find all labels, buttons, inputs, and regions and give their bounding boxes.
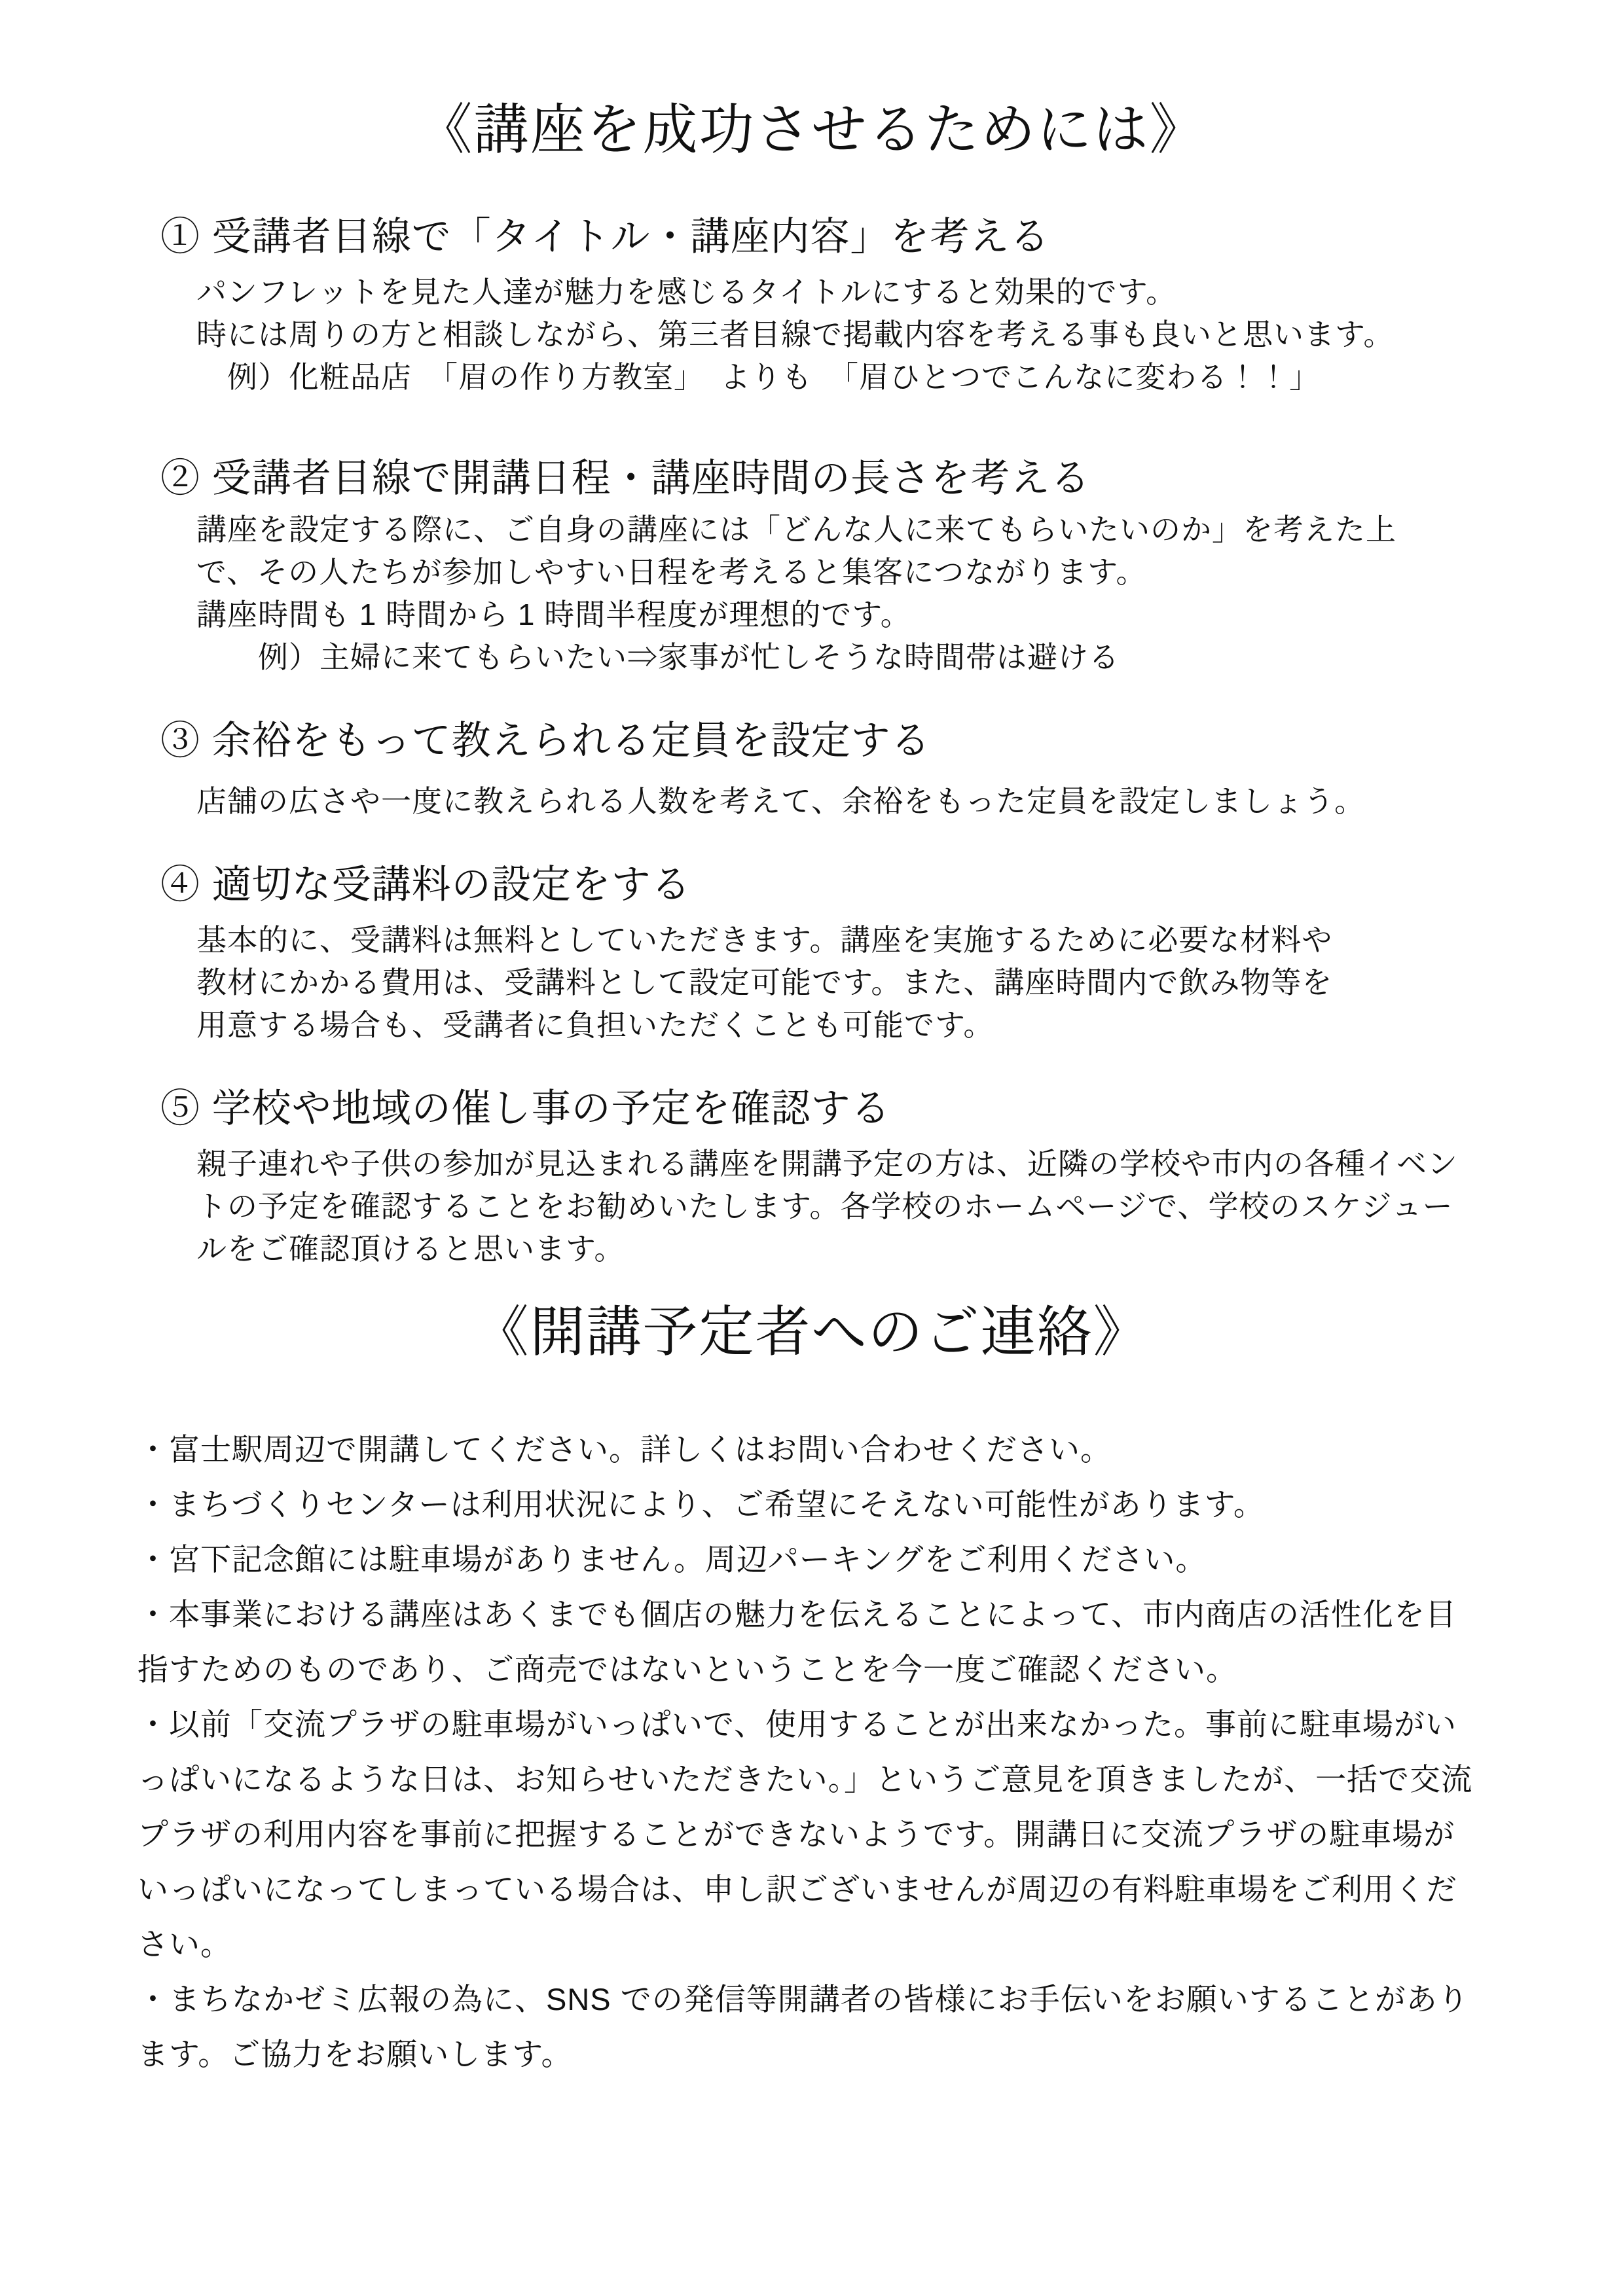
body-line: トの予定を確認することをお勧めいたします。各学校のホームページで、学校のスケジュ… [196,1185,1623,1228]
section-2-body: 講座を設定する際に、ご自身の講座には「どんな人に来てもらいたいのか」を考えた上 … [0,509,1623,679]
notice-line-continuation: ます。ご協力をお願いします。 [137,2027,1544,2082]
notice-line-continuation: プラザの利用内容を事前に把握することができないようです。開講日に交流プラザの駐車… [137,1807,1544,1862]
notice-line: ・本事業における講座はあくまでも個店の魅力を伝えることによって、市内商店の活性化… [137,1587,1544,1642]
body-line: 用意する場合も、受講者に負担いただくことも可能です。 [196,1004,1623,1047]
example-line: 例）化粧品店 「眉の作り方教室」 よりも 「眉ひとつでこんなに変わる！！」 [196,356,1623,399]
section-5-body: 親子連れや子供の参加が見込まれる講座を開講予定の方は、近隣の学校や市内の各種イベ… [0,1143,1623,1270]
body-line: 時には周りの方と相談しながら、第三者目線で掲載内容を考える事も良いと思います。 [196,314,1623,356]
notice-line: ・以前「交流プラザの駐車場がいっぱいで、使用することが出来なかった。事前に駐車場… [137,1697,1544,1752]
section-4-body: 基本的に、受講料は無料としていただきます。講座を実施するために必要な材料や 教材… [0,919,1623,1047]
notice-line: ・宮下記念館には駐車場がありません。周辺パーキングをご利用ください。 [137,1532,1544,1587]
notice-line-continuation: 指すためのものであり、ご商売ではないということを今一度ご確認ください。 [137,1642,1544,1697]
section-5: ⑤ 学校や地域の催し事の予定を確認する 親子連れや子供の参加が見込まれる講座を開… [0,1083,1623,1270]
section-3: ③ 余裕をもって教えられる定員を設定する 店舗の広さや一度に教えられる人数を考え… [0,715,1623,823]
notice-line: ・まちづくりセンターは利用状況により、ご希望にそえない可能性があります。 [137,1477,1544,1532]
notice-list: ・富士駅周辺で開講してください。詳しくはお問い合わせください。 ・まちづくりセン… [0,1422,1623,2082]
body-line: 講座時間も 1 時間から 1 時間半程度が理想的です。 [196,594,1623,636]
section-3-heading: ③ 余裕をもって教えられる定員を設定する [0,715,1623,767]
section-1-body: パンフレットを見た人達が魅力を感じるタイトルにすると効果的です。 時には周りの方… [0,271,1623,399]
section-1-heading: ① 受講者目線で「タイトル・講座内容」を考える [0,211,1623,263]
notice-line: ・富士駅周辺で開講してください。詳しくはお問い合わせください。 [137,1422,1544,1477]
section-3-body: 店舗の広さや一度に教えられる人数を考えて、余裕をもった定員を設定しましょう。 [0,780,1623,823]
page-title: 《講座を成功させるためには》 [0,0,1623,160]
body-line: 基本的に、受講料は無料としていただきます。講座を実施するために必要な材料や [196,919,1623,961]
notice-line-continuation: っぱいになるような日は、お知らせいただきたい。」というご意見を頂きましたが、一括… [137,1752,1544,1807]
body-line: 講座を設定する際に、ご自身の講座には「どんな人に来てもらいたいのか」を考えた上 [196,509,1623,551]
body-line: 教材にかかる費用は、受講料として設定可能です。また、講座時間内で飲み物等を [196,961,1623,1004]
section-2-heading: ② 受講者目線で開講日程・講座時間の長さを考える [0,452,1623,505]
section-1: ① 受講者目線で「タイトル・講座内容」を考える パンフレットを見た人達が魅力を感… [0,211,1623,399]
body-line: で、その人たちが参加しやすい日程を考えると集客につながります。 [196,551,1623,594]
body-line: 店舗の広さや一度に教えられる人数を考えて、余裕をもった定員を設定しましょう。 [196,780,1623,823]
notice-line-continuation: いっぱいになってしまっている場合は、申し訳ございませんが周辺の有料駐車場をご利用… [137,1862,1544,1917]
body-line: ルをご確認頂けると思います。 [196,1228,1623,1270]
notice-line-continuation: さい。 [137,1917,1544,1972]
notice-title: 《開講予定者へのご連絡》 [0,1302,1623,1362]
section-2: ② 受講者目線で開講日程・講座時間の長さを考える 講座を設定する際に、ご自身の講… [0,452,1623,679]
body-line: 親子連れや子供の参加が見込まれる講座を開講予定の方は、近隣の学校や市内の各種イベ… [196,1143,1623,1185]
example-line: 例）主婦に来てもらいたい⇒家事が忙しそうな時間帯は避ける [196,636,1623,679]
section-4-heading: ④ 適切な受講料の設定をする [0,859,1623,911]
document-page: 《講座を成功させるためには》 ① 受講者目線で「タイトル・講座内容」を考える パ… [0,0,1623,2296]
body-line: パンフレットを見た人達が魅力を感じるタイトルにすると効果的です。 [196,271,1623,314]
section-5-heading: ⑤ 学校や地域の催し事の予定を確認する [0,1083,1623,1135]
section-4: ④ 適切な受講料の設定をする 基本的に、受講料は無料としていただきます。講座を実… [0,859,1623,1047]
notice-line: ・まちなかゼミ広報の為に、SNS での発信等開講者の皆様にお手伝いをお願いするこ… [137,1972,1544,2027]
